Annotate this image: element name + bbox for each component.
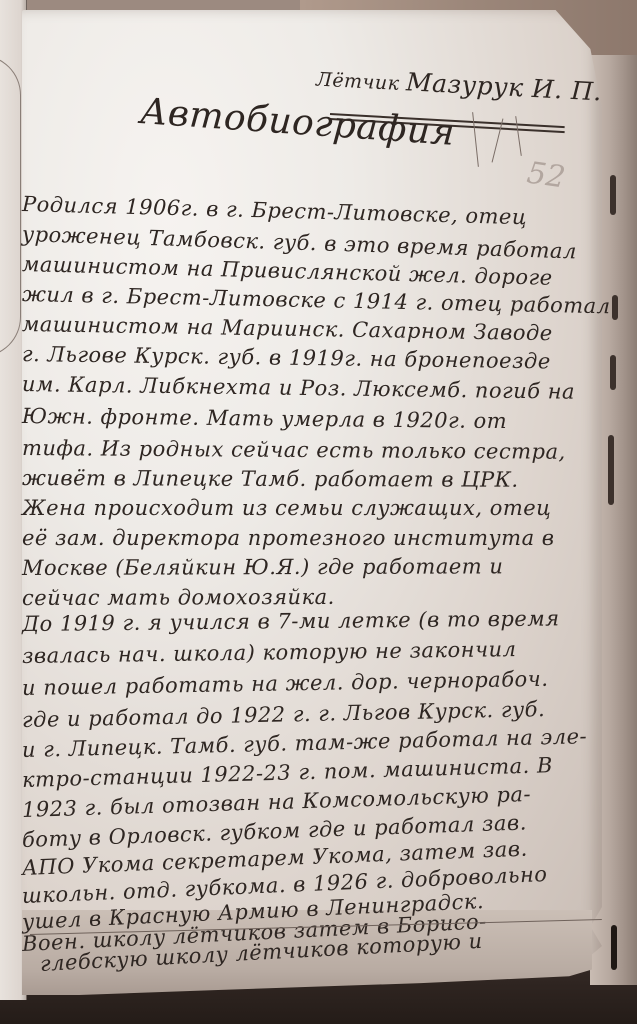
body-line: Жена происходит из семьи служащих, отец [22, 496, 551, 520]
body-line: её зам. директора протезного института в [22, 526, 555, 550]
photo-scene: Лётчик Мазурук И. П. 52 Автобиография Ро… [0, 0, 637, 1024]
body-line: сейчас мать домохозяйка. [22, 585, 335, 610]
body-line: живёт в Липецке Тамб. работает в ЦРК. [22, 466, 519, 492]
left-page-curve [0, 55, 21, 357]
body-line: тифа. Из родных сейчас есть только сестр… [22, 436, 566, 464]
body-line: Южн. фронте. Мать умерла в 1920г. от [22, 404, 507, 433]
sheet-number: 52 [525, 156, 568, 196]
header-role: Лётчик [315, 69, 400, 95]
body-line: Москве (Беляйкин Ю.Я.) где работает и [22, 554, 503, 580]
